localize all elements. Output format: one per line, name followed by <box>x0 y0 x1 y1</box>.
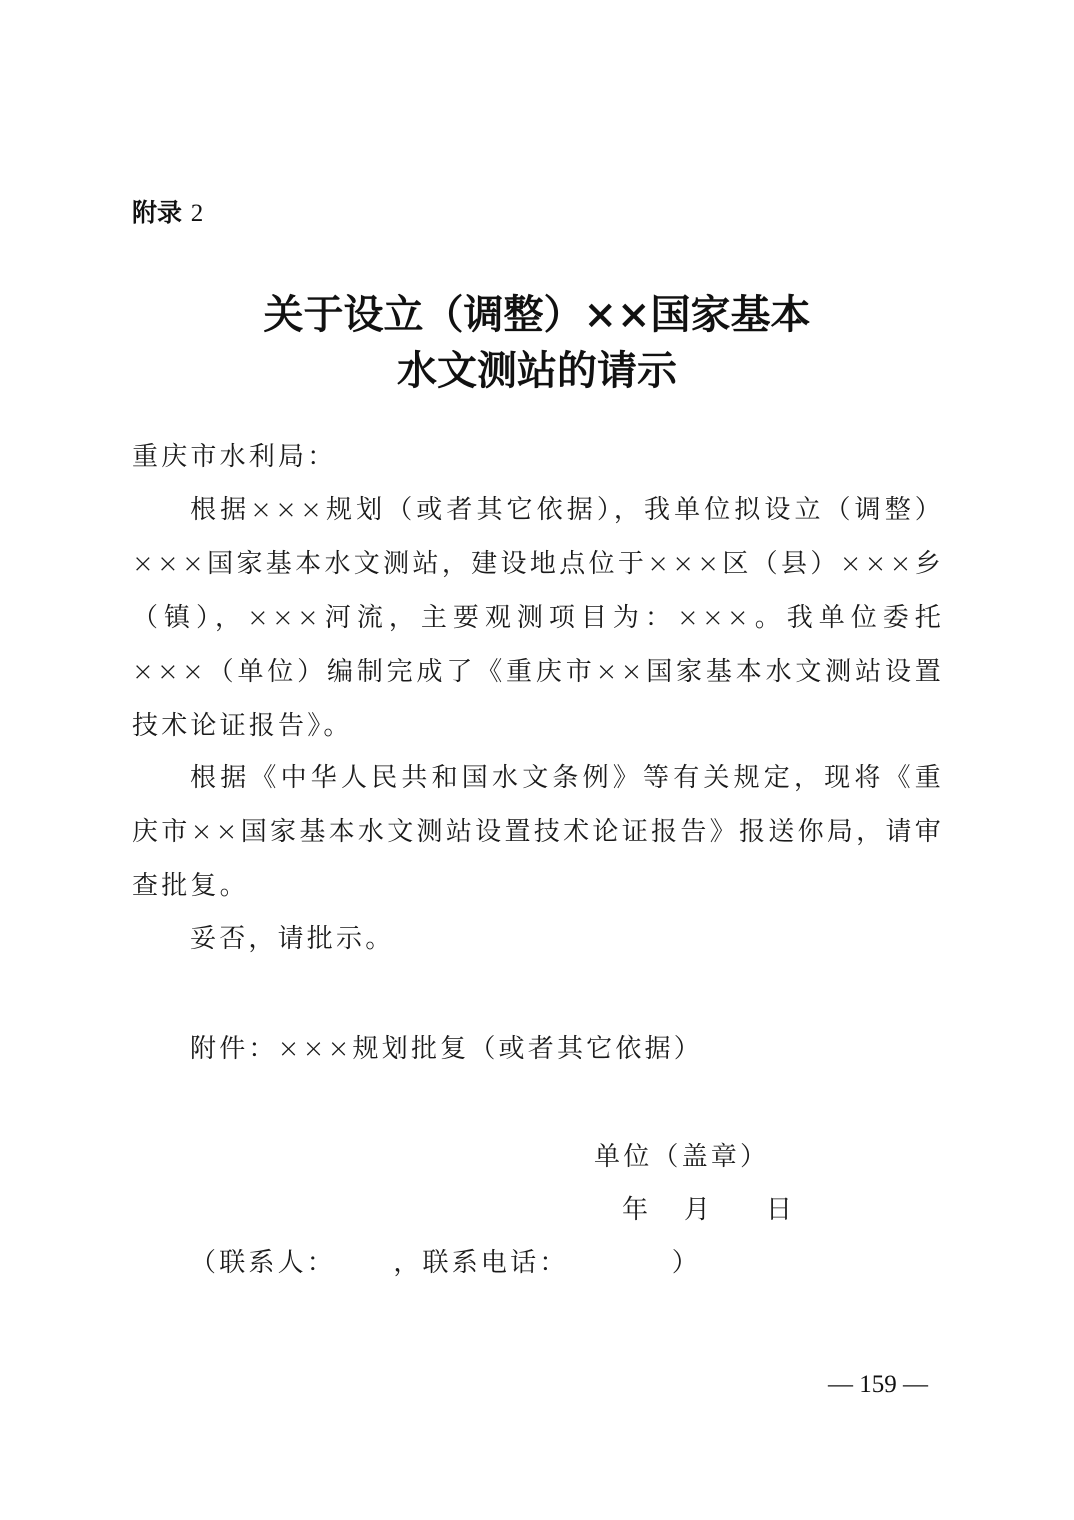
salutation: 重庆市水利局： <box>132 430 944 484</box>
appendix-label-text: 附录 <box>132 198 182 227</box>
date-day: 日 <box>766 1183 792 1237</box>
body-paragraph-2: 根据《中华人民共和国水文条例》等有关规定，现将《重庆市××国家基本水文测站设置技… <box>132 751 944 913</box>
document-title-line-2: 水文测站的请示 <box>0 344 1074 398</box>
page-number: — 159 — <box>828 1368 928 1402</box>
date-line: 年月日 <box>622 1183 792 1237</box>
unit-seal-line: 单位（盖章） <box>594 1130 894 1184</box>
date-month: 月 <box>684 1183 766 1237</box>
appendix-number: 2 <box>191 200 204 227</box>
appendix-label: 附录 2 <box>132 196 203 231</box>
body-paragraph-1: 根据×××规划（或者其它依据），我单位拟设立（调整）×××国家基本水文测站，建设… <box>132 483 944 753</box>
body-paragraph-3: 妥否，请批示。 <box>132 912 944 966</box>
date-year: 年 <box>622 1183 684 1237</box>
document-page: 附录 2 关于设立（调整）××国家基本 水文测站的请示 重庆市水利局： 根据××… <box>0 0 1074 1520</box>
contact-info: （联系人： ，联系电话： ） <box>190 1236 701 1290</box>
document-title-line-1: 关于设立（调整）××国家基本 <box>0 288 1074 342</box>
attachment-note: 附件：×××规划批复（或者其它依据） <box>190 1022 950 1076</box>
